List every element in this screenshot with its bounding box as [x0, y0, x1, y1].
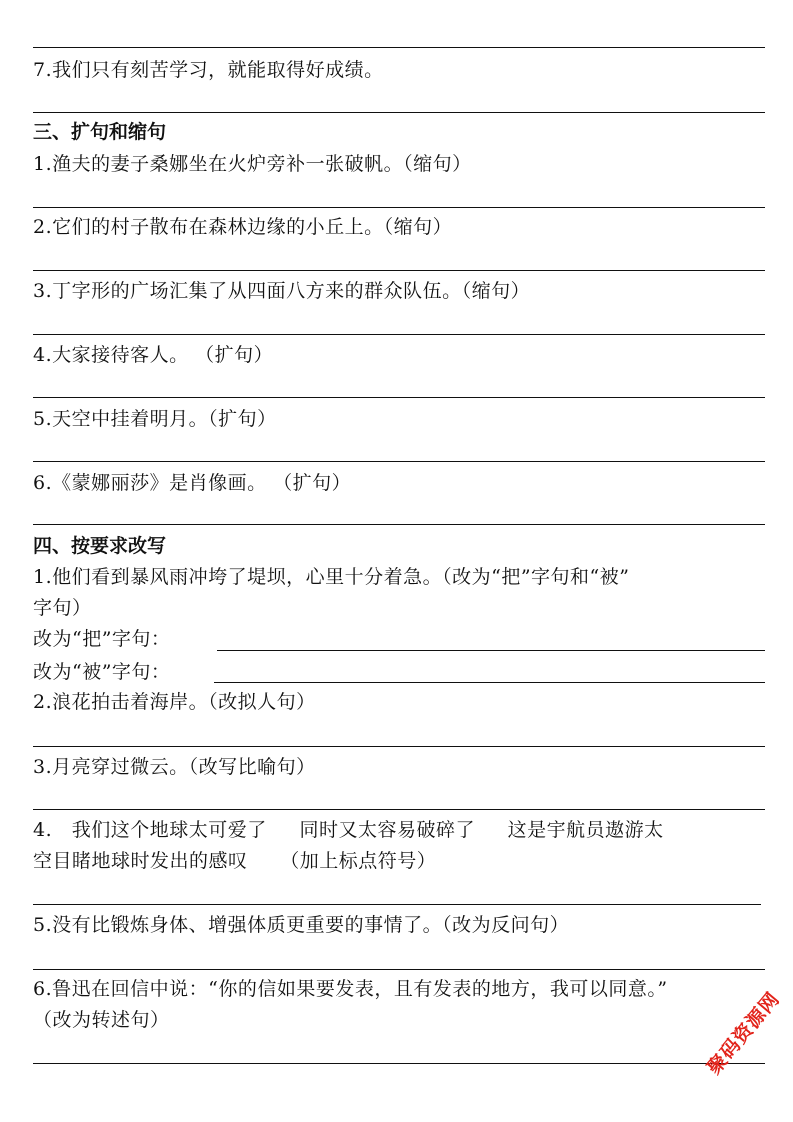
answer-line[interactable]: [33, 270, 765, 271]
question-4-3: 3.月亮穿过微云。（改写比喻句）: [33, 755, 316, 779]
ba-sentence-answer-line[interactable]: [217, 650, 765, 651]
answer-line[interactable]: [33, 47, 765, 48]
question-4-1: 1.他们看到暴风雨冲垮了堤坝，心里十分着急。（改为“把”字句和“被”: [33, 565, 629, 589]
answer-line[interactable]: [33, 1063, 765, 1064]
answer-line[interactable]: [33, 524, 765, 525]
question-3-4: 4.大家接待客人。 （扩句）: [33, 343, 273, 367]
answer-line[interactable]: [33, 904, 761, 905]
answer-line[interactable]: [33, 746, 765, 747]
question-3-5: 5.天空中挂着明月。（扩句）: [33, 407, 277, 431]
question-3-3: 3.丁字形的广场汇集了从四面八方来的群众队伍。（缩句）: [33, 279, 530, 303]
answer-line[interactable]: [33, 112, 765, 113]
ba-sentence-label: 改为“把”字句：: [33, 627, 170, 651]
question-4-5: 5.没有比锻炼身体、增强体质更重要的事情了。（改为反问句）: [33, 913, 569, 937]
question-4-1-cont: 字句）: [33, 596, 92, 620]
watermark: 聚码资源网: [700, 985, 785, 1079]
question-3-6: 6.《蒙娜丽莎》是肖像画。 （扩句）: [33, 471, 351, 495]
question-4-6-cont: （改为转述句）: [33, 1008, 170, 1032]
bei-sentence-answer-line[interactable]: [214, 682, 765, 683]
question-4-2: 2.浪花拍击着海岸。（改拟人句）: [33, 690, 316, 714]
answer-line[interactable]: [33, 809, 765, 810]
bei-sentence-label: 改为“被”字句：: [33, 660, 170, 684]
question-4-4: 4. 我们这个地球太可爱了 同时又太容易破碎了 这是宇航员遨游太: [33, 818, 664, 842]
question-3-2: 2.它们的村子散布在森林边缘的小丘上。（缩句）: [33, 215, 452, 239]
section-title-3: 三、扩句和缩句: [33, 120, 166, 144]
question-4-4-cont: 空目睹地球时发出的感叹 （加上标点符号）: [33, 849, 436, 873]
answer-line[interactable]: [33, 207, 765, 208]
question-4-6: 6.鲁迅在回信中说：“你的信如果要发表，且有发表的地方，我可以同意。”: [33, 977, 668, 1001]
answer-line[interactable]: [33, 969, 765, 970]
section-title-4: 四、按要求改写: [33, 534, 166, 558]
answer-line[interactable]: [33, 461, 765, 462]
answer-line[interactable]: [33, 334, 765, 335]
question-3-1: 1.渔夫的妻子桑娜坐在火炉旁补一张破帆。（缩句）: [33, 152, 472, 176]
question-7: 7.我们只有刻苦学习，就能取得好成绩。: [33, 58, 384, 82]
answer-line[interactable]: [33, 397, 765, 398]
